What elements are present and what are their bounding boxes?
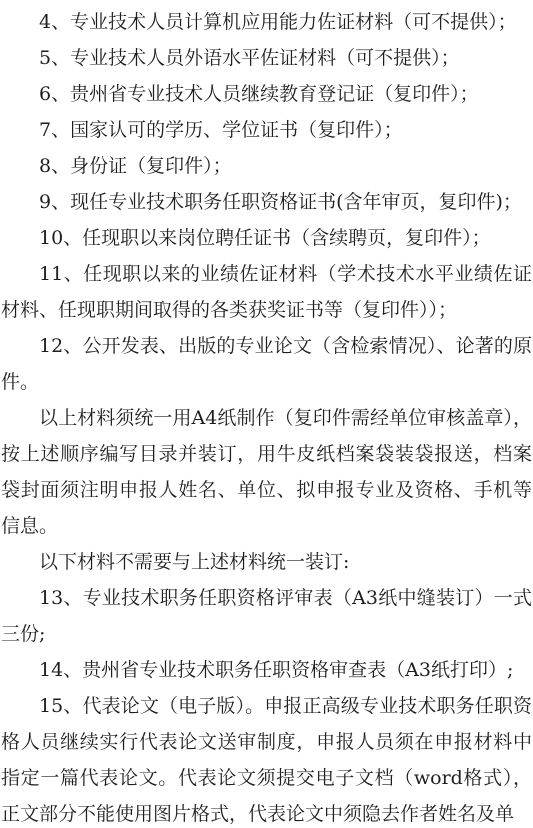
list-item-11: 11、任现职以来的业绩佐证材料（学术技术水平业绩佐证材料、任现职期间取得的各类获… (1, 256, 532, 328)
paragraph-separate-materials-note: 以下材料不需要与上述材料统一装订: (1, 544, 532, 580)
list-item-4: 4、专业技术人员计算机应用能力佐证材料（可不提供）； (1, 4, 532, 40)
list-item-5: 5、专业技术人员外语水平佐证材料（可不提供）； (1, 40, 532, 76)
document-page: 4、专业技术人员计算机应用能力佐证材料（可不提供）； 5、专业技术人员外语水平佐… (0, 0, 533, 828)
list-item-14: 14、贵州省专业技术职务任职资格审查表（A3纸打印）; (1, 652, 532, 688)
list-item-6: 6、贵州省专业技术人员继续教育登记证（复印件）； (1, 76, 532, 112)
list-item-13: 13、专业技术职务任职资格评审表（A3纸中缝装订）一式三份; (1, 580, 532, 652)
list-item-9: 9、现任专业技术职务任职资格证书(含年审页，复印件)； (1, 184, 532, 220)
list-item-10: 10、任现职以来岗位聘任证书（含续聘页，复印件）； (1, 220, 532, 256)
list-item-8: 8、身份证（复印件）； (1, 148, 532, 184)
list-item-12: 12、公开发表、出版的专业论文（含检索情况）、论著的原件。 (1, 328, 532, 400)
list-item-7: 7、国家认可的学历、学位证书（复印件）； (1, 112, 532, 148)
paragraph-binding-instructions: 以上材料须统一用A4纸制作（复印件需经单位审核盖章），按上述顺序编写目录并装订，… (1, 400, 532, 544)
list-item-15: 15、代表论文（电子版）。申报正高级专业技术职务任职资格人员继续实行代表论文送审… (1, 688, 532, 828)
